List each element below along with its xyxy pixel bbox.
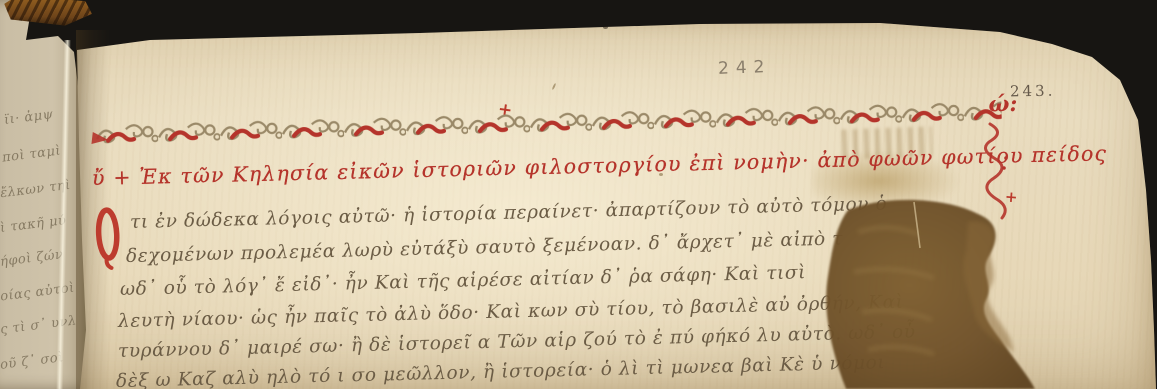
drop-cap-svg xyxy=(90,205,127,271)
headpiece-right-terminal: ώ: xyxy=(988,91,1018,118)
ink-stain xyxy=(818,192,1093,389)
headpiece-left-terminal xyxy=(91,132,108,146)
drop-cap-initial xyxy=(90,205,128,275)
folio-number-pencil: 242 xyxy=(718,57,772,79)
paper-speck xyxy=(659,173,663,176)
paper-speck xyxy=(603,26,608,29)
manuscript-photo: { "photo": { "description_labels": {}, "… xyxy=(0,0,1157,389)
ink-stain-svg xyxy=(818,192,1093,389)
